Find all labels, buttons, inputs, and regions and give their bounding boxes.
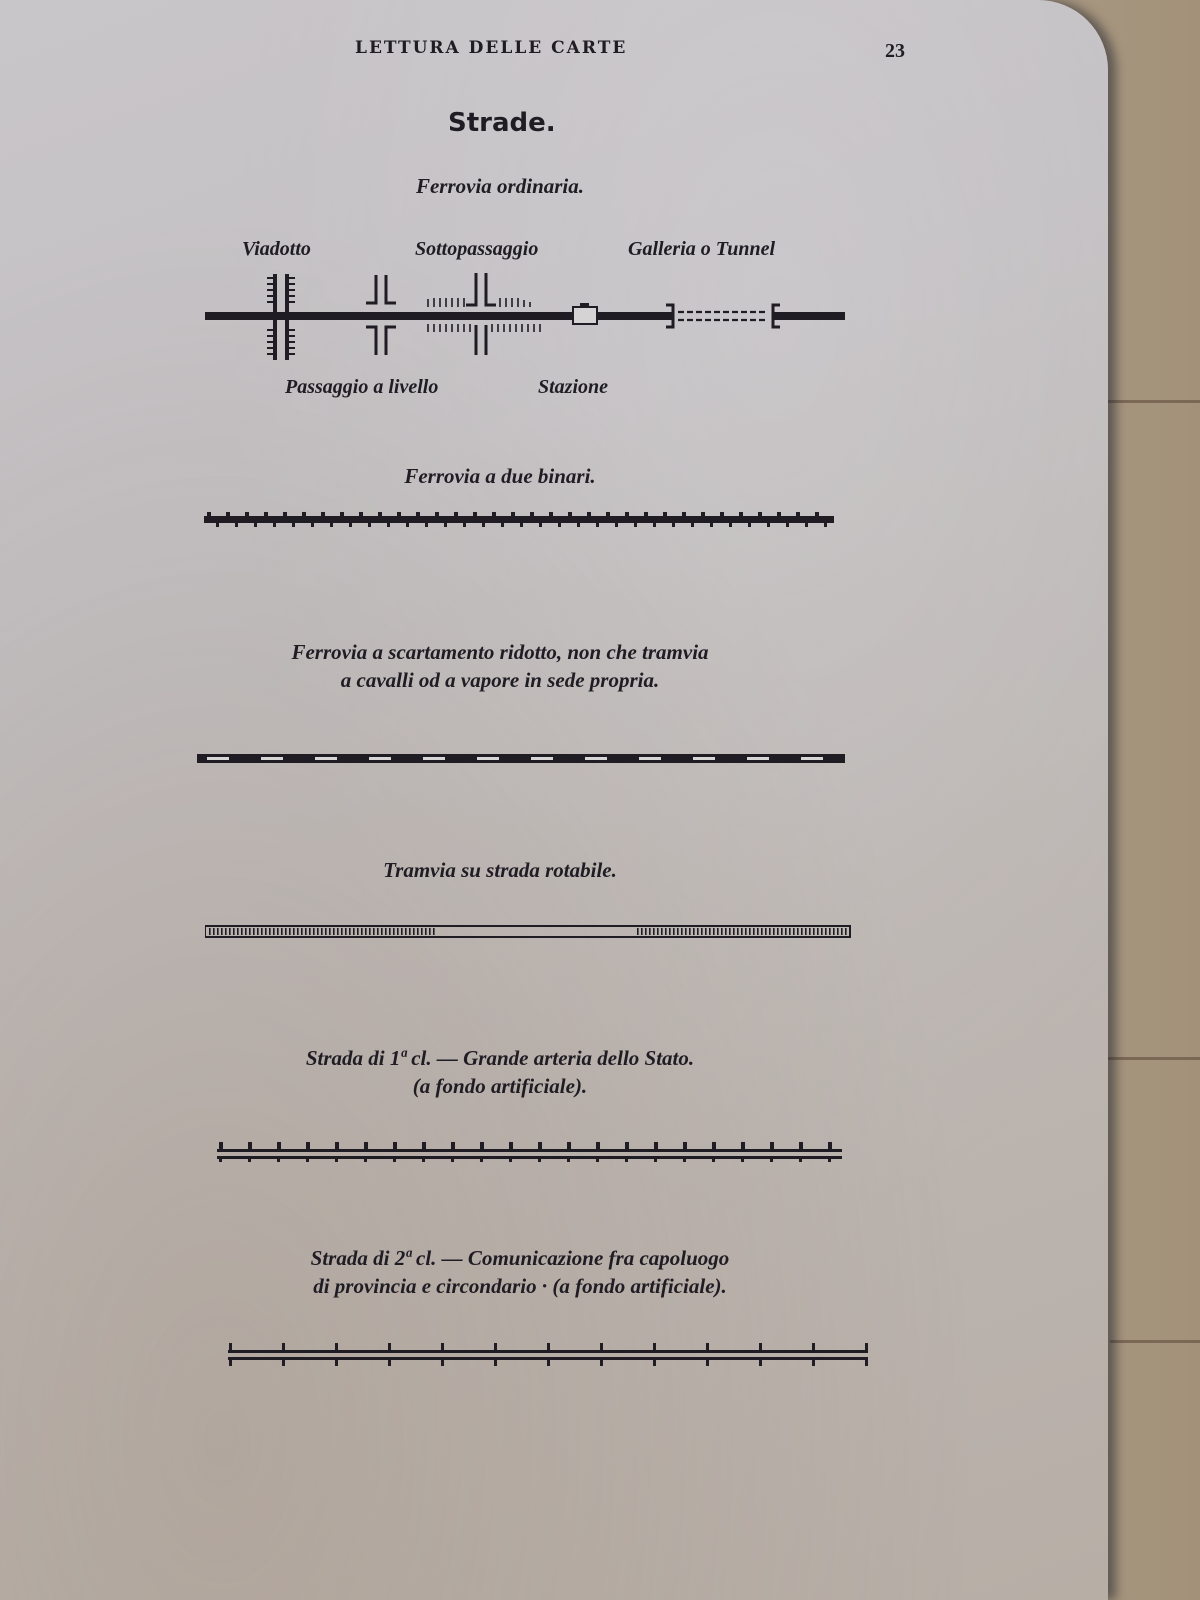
caption-tramvia: Tramvia su strada rotabile. — [300, 858, 700, 883]
caption-ferrovia-ordinaria: Ferrovia ordinaria. — [300, 174, 700, 199]
label-passaggio-livello: Passaggio a livello — [285, 376, 438, 399]
page-number: 23 — [885, 40, 905, 63]
railway-double-track-symbol — [200, 510, 850, 530]
caption-strada1-line2: (a fondo artificiale). — [200, 1074, 800, 1099]
wood-grain — [1100, 400, 1200, 403]
label-stazione: Stazione — [538, 376, 608, 399]
caption-strada2-line1: Strada di 2ª cl. — Comunicazione fra cap… — [200, 1246, 840, 1271]
label-sottopassaggio: Sottopassaggio — [415, 238, 538, 261]
caption-strada2-line2: di provincia e circondario · (a fondo ar… — [200, 1274, 840, 1299]
book-page: LETTURA DELLE CARTE 23 Strade. Ferrovia … — [0, 0, 1108, 1600]
road-first-class-symbol — [215, 1138, 855, 1168]
wood-grain — [1110, 1340, 1200, 1343]
running-head: LETTURA DELLE CARTE — [355, 38, 627, 58]
label-viadotto: Viadotto — [242, 238, 311, 261]
caption-scartamento-line1: Ferrovia a scartamento ridotto, non che … — [200, 640, 800, 665]
label-galleria: Galleria o Tunnel — [628, 238, 775, 261]
railway-ordinary-symbol — [200, 270, 850, 370]
road-second-class-symbol — [228, 1338, 868, 1370]
tramway-symbol — [205, 925, 855, 939]
caption-ferrovia-due-binari: Ferrovia a due binari. — [300, 464, 700, 489]
caption-strada1-line1: Strada di 1ª cl. — Grande arteria dello … — [200, 1046, 800, 1071]
caption-scartamento-line2: a cavalli od a vapore in sede propria. — [200, 668, 800, 693]
railway-narrow-gauge-symbol — [197, 752, 847, 766]
section-title: Strade. — [448, 108, 556, 138]
wood-grain — [1105, 1057, 1200, 1060]
